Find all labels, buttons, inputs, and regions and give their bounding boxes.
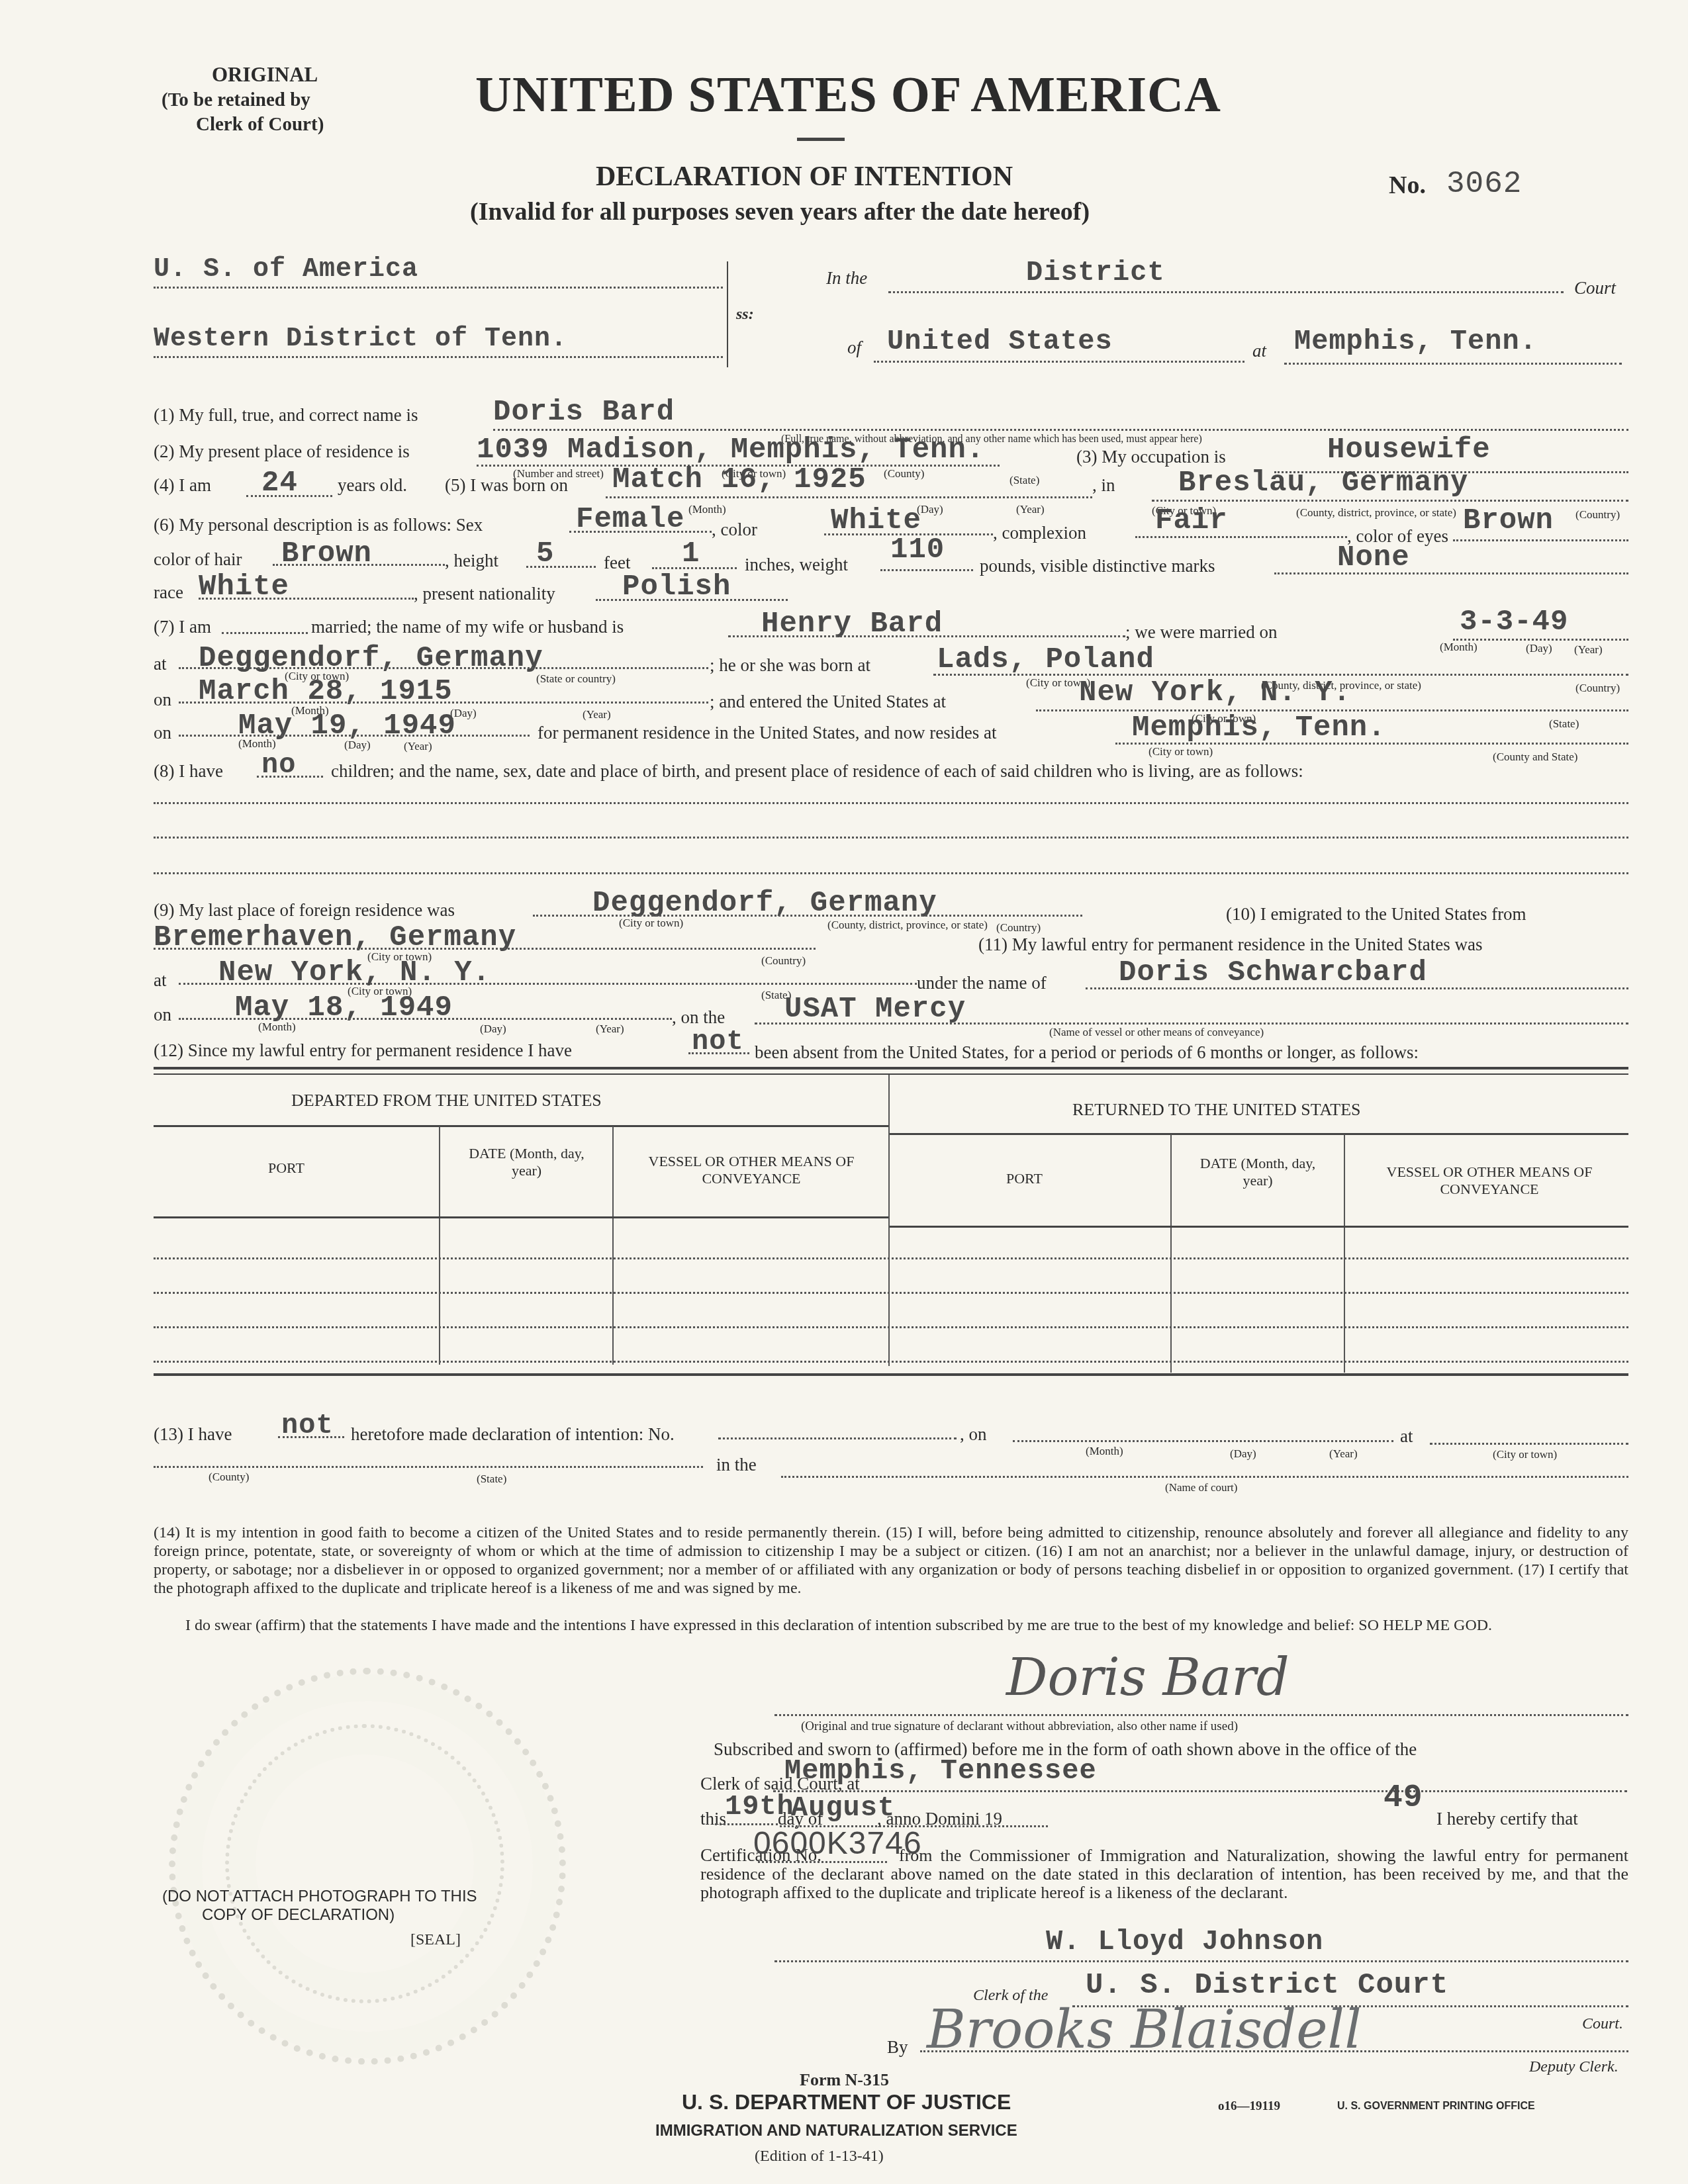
printer: U. S. GOVERNMENT PRINTING OFFICE	[1337, 2101, 1535, 2113]
table-row[interactable]	[154, 1292, 1628, 1294]
edition: (Edition of 1-13-41)	[755, 2148, 884, 2165]
inches-label: inches, weight	[745, 555, 848, 575]
occupation: Housewife	[1327, 433, 1491, 467]
declarant-caption: (Original and true signature of declaran…	[801, 1719, 1238, 1734]
emigrated-from-line	[154, 948, 816, 950]
nationality-line	[596, 599, 788, 601]
married-caption-year: (Year)	[1574, 643, 1603, 657]
birth-caption-country: (Country)	[1575, 508, 1620, 522]
form-number: Form N-315	[800, 2070, 889, 2090]
married-place: Deggendorf, Germany	[199, 642, 543, 675]
entry-at-label: at	[154, 970, 167, 991]
photo-note-2: COPY OF DECLARATION)	[202, 1906, 395, 1925]
of-label: of	[847, 338, 861, 358]
declaration-number: 3062	[1446, 167, 1522, 201]
weight-line	[880, 569, 973, 571]
complexion-line	[1135, 536, 1347, 538]
spouse-birth-on-label: on	[154, 690, 171, 710]
entry-on-label: on	[154, 1005, 171, 1025]
full-name: Doris Bard	[493, 396, 675, 429]
age-line	[246, 495, 332, 497]
complexion-label: , complexion	[993, 523, 1086, 543]
embossed-seal-inner	[225, 1724, 504, 2003]
prior-caption-county: (County)	[209, 1471, 249, 1484]
prior-caption-month: (Month)	[1086, 1445, 1123, 1458]
col-header-vessel-returned: VESSEL OR OTHER MEANS OF CONVEYANCE	[1357, 1163, 1622, 1198]
court-location-line	[1284, 363, 1622, 365]
absent-line	[688, 1052, 749, 1054]
weight: 110	[890, 533, 945, 567]
height-inches-line	[652, 567, 737, 569]
children-list-line-2	[154, 837, 1628, 839]
q4-suffix: years old.	[338, 475, 407, 496]
col-header-vessel-departed: VESSEL OR OTHER MEANS OF CONVEYANCE	[626, 1153, 877, 1187]
q12-text: been absent from the United States, for …	[755, 1042, 1419, 1063]
eyes-line	[1453, 539, 1628, 541]
spouse-residence-caption-state: (County and State)	[1493, 751, 1577, 764]
cert-text: from the Commissioner of Immigration and…	[700, 1846, 1628, 1902]
height-label: , height	[445, 551, 498, 571]
table-top-rule-2	[154, 1073, 1628, 1075]
venue-country-line	[154, 287, 723, 289]
cert-year: 49	[1383, 1780, 1423, 1816]
prior-caption-year: (Year)	[1329, 1447, 1358, 1461]
birth-caption-county: (County, district, province, or state)	[1296, 506, 1456, 520]
col-header-rule-departed	[154, 1216, 888, 1218]
service: IMMIGRATION AND NATURALIZATION SERVICE	[655, 2122, 1017, 2140]
under-name-label: under the name of	[917, 973, 1047, 993]
spouse-entry-date-caption-day: (Day)	[344, 739, 371, 752]
q12-label: (12) Since my lawful entry for permanent…	[154, 1040, 572, 1061]
q9-caption-county: (County, district, province, or state)	[827, 919, 988, 932]
table-row[interactable]	[154, 1326, 1628, 1328]
spouse-entry-date-caption-year: (Year)	[404, 740, 432, 753]
color-label: , color	[712, 520, 757, 540]
form-subtitle: DECLARATION OF INTENTION	[596, 161, 1013, 193]
certify-label: I hereby certify that	[1436, 1809, 1578, 1829]
prior-court-line	[781, 1476, 1628, 1478]
clerk-location: Memphis, Tennessee	[784, 1755, 1097, 1787]
col-divider-4	[1170, 1134, 1172, 1373]
q6-label: (6) My personal description is as follow…	[154, 515, 483, 535]
birth-place-line	[1152, 500, 1628, 502]
bracket	[722, 261, 728, 367]
spouse-entry-date-caption-month: (Month)	[238, 737, 276, 751]
prior-caption-state: (State)	[477, 1473, 506, 1486]
clerk-court: U. S. District Court	[1086, 1969, 1448, 2002]
col-header-port-departed: PORT	[268, 1160, 305, 1177]
married-on-label: ; we were married on	[1125, 622, 1277, 643]
residence-caption-state: (State)	[1009, 474, 1039, 487]
entry-name: Doris Schwarcbard	[1119, 956, 1427, 989]
clerk-name: W. Lloyd Johnson	[1046, 1926, 1323, 1958]
deputy-label: Deputy Clerk.	[1529, 2058, 1618, 2076]
table-bottom-rule	[154, 1373, 1628, 1376]
children-list-line-3	[154, 872, 1628, 874]
q10-label: (10) I emigrated to the United States fr…	[1226, 904, 1526, 925]
prior-on-label: , on	[960, 1424, 987, 1445]
birth-date-line	[606, 496, 1092, 498]
complexion: Fair	[1155, 504, 1228, 537]
entry-date-caption-month: (Month)	[258, 1021, 296, 1034]
children-line	[257, 776, 323, 778]
married-at-label: at	[154, 654, 167, 674]
spouse-entry-on-label: on	[154, 723, 171, 743]
married-caption-month: (Month)	[1440, 641, 1477, 654]
race-line	[199, 598, 414, 600]
returned-header-rule	[890, 1133, 1628, 1135]
oath-text: (14) It is my intention in good faith to…	[154, 1524, 1628, 1598]
spouse-name-line	[728, 635, 1125, 637]
vessel-caption: (Name of vessel or other means of convey…	[1049, 1026, 1264, 1039]
q13-label: (13) I have	[154, 1424, 232, 1445]
entered-label: ; and entered the United States at	[710, 692, 946, 712]
spouse-residence-caption-city: (City or town)	[1149, 745, 1213, 758]
spouse-born-label: ; he or she was born at	[710, 655, 870, 676]
q1-label: (1) My full, true, and correct name is	[154, 405, 418, 426]
vessel: USAT Mercy	[784, 993, 966, 1026]
table-center-divider	[888, 1075, 890, 1366]
prior-number-line	[718, 1437, 957, 1439]
q7-label: (7) I am	[154, 617, 211, 637]
married-place-caption-country: (State or country)	[536, 672, 616, 686]
court-of-line	[874, 361, 1244, 363]
height-inches: 1	[682, 537, 700, 570]
full-name-line	[493, 429, 1628, 431]
retained-note-2: Clerk of Court)	[196, 114, 324, 136]
in-the-label: In the	[826, 268, 867, 289]
height-feet-line	[526, 566, 596, 568]
birth-date: Match 16, 1925	[612, 463, 867, 496]
validity-note: (Invalid for all purposes seven years af…	[470, 197, 1090, 226]
married-caption-day: (Day)	[1526, 642, 1552, 655]
col-header-port-returned: PORT	[1006, 1170, 1043, 1187]
venue-country: U. S. of America	[154, 255, 418, 285]
prior-caption-city: (City or town)	[1493, 1448, 1557, 1461]
q9-caption-city: (City or town)	[619, 917, 683, 930]
spouse-birth-caption-year: (Year)	[583, 708, 611, 721]
spouse-birthplace: Lads, Poland	[937, 643, 1154, 676]
q7-mid: married; the name of my wife or husband …	[311, 617, 624, 637]
photo-note-1: (DO NOT ATTACH PHOTOGRAPH TO THIS	[162, 1888, 477, 1906]
departed-header: DEPARTED FROM THE UNITED STATES	[291, 1091, 602, 1111]
q3-label: (3) My occupation is	[1076, 447, 1226, 467]
entry-date-caption-day: (Day)	[480, 1023, 506, 1036]
color: White	[831, 504, 921, 537]
spouse-residence: Memphis, Tenn.	[1132, 711, 1386, 745]
deputy-signature-line	[920, 2050, 1628, 2052]
declarant-signature: Doris Bard	[1006, 1648, 1289, 1707]
spouse-entry-place: New York, N. Y.	[1079, 676, 1351, 709]
col-header-date-returned: DATE (Month, day, year)	[1185, 1155, 1331, 1189]
q9-caption-country: (Country)	[996, 921, 1041, 934]
q9-label: (9) My last place of foreign residence w…	[154, 900, 455, 921]
ss-label: ss:	[736, 306, 754, 324]
clerk-location-line	[773, 1790, 1627, 1792]
original-label: ORIGINAL	[212, 63, 318, 87]
residence: 1039 Madison, Memphis, Tenn.	[477, 433, 984, 467]
table-row[interactable]	[154, 1361, 1628, 1363]
entry-date-line	[179, 1018, 672, 1020]
married-status-line	[222, 632, 308, 634]
last-foreign-residence-line	[533, 915, 1082, 917]
entry-date-caption-year: (Year)	[596, 1023, 624, 1036]
prior-in-the-label: in the	[716, 1455, 757, 1475]
race-label: race	[154, 582, 183, 603]
q8-text: children; and the name, sex, date and pl…	[331, 761, 1303, 782]
prior-date-line	[1013, 1440, 1393, 1442]
residence-caption-county: (County)	[884, 467, 924, 480]
q8-label: (8) I have	[154, 761, 223, 782]
spouse-entry-date-line	[179, 735, 530, 737]
print-code: o16—19119	[1218, 2099, 1280, 2114]
prior-city-line	[1430, 1443, 1628, 1445]
table-top-rule	[154, 1067, 1628, 1069]
court-type: District	[1026, 257, 1165, 289]
seal-label: [SEAL]	[410, 1931, 461, 1949]
entry-place-line	[179, 983, 917, 985]
marks: None	[1337, 541, 1410, 574]
vessel-label: , on the	[672, 1007, 725, 1028]
children-list-line-1	[154, 802, 1628, 804]
col-header-rule-returned	[890, 1226, 1628, 1228]
title-divider	[797, 138, 845, 141]
number-label: No.	[1389, 171, 1426, 200]
prior-caption-court: (Name of court)	[1165, 1481, 1238, 1494]
departed-header-rule	[154, 1125, 888, 1127]
page-title: UNITED STATES OF AMERICA	[475, 66, 1221, 124]
hair-label: color of hair	[154, 549, 242, 570]
retained-note-1: (To be retained by	[162, 89, 310, 111]
q5-label: (5) I was born on	[445, 475, 568, 496]
venue-district-line	[154, 356, 723, 358]
spouse-entry-caption-state: (State)	[1549, 717, 1579, 731]
married-date: 3-3-49	[1460, 606, 1568, 639]
q4-label: (4) I am	[154, 475, 211, 496]
col-divider-1	[439, 1126, 440, 1365]
birth-in-label: , in	[1092, 475, 1115, 496]
venue-district: Western District of Tenn.	[154, 324, 567, 354]
court-type-line	[888, 291, 1564, 293]
q11-label: (11) My lawful entry for permanent resid…	[978, 934, 1483, 955]
col-divider-2	[612, 1126, 614, 1365]
this-label: this	[700, 1809, 726, 1829]
married-place-line	[179, 667, 708, 669]
by-label: By	[887, 2037, 908, 2058]
resides-label: for permanent residence in the United St…	[538, 723, 997, 743]
col-divider-5	[1344, 1134, 1345, 1373]
q13-text: heretofore made declaration of intention…	[351, 1424, 675, 1445]
returned-header: RETURNED TO THE UNITED STATES	[1072, 1100, 1361, 1120]
clerk-name-line	[774, 1960, 1628, 1962]
spouse-birthplace-line	[933, 674, 1628, 676]
declarant-signature-line	[774, 1714, 1628, 1716]
prior-at-label: at	[1400, 1426, 1413, 1447]
eyes: Brown	[1463, 504, 1554, 537]
at-label: at	[1252, 341, 1266, 361]
marks-label: pounds, visible distinctive marks	[980, 556, 1215, 576]
court-label: Court	[1574, 278, 1616, 298]
spouse-residence-line	[1115, 743, 1628, 745]
court-suffix-label: Court.	[1582, 2015, 1623, 2033]
q10-caption-country: (Country)	[761, 954, 806, 968]
swear-text: I do swear (affirm) that the statements …	[154, 1616, 1628, 1635]
birth-caption-month: (Month)	[688, 503, 726, 516]
married-date-line	[1453, 639, 1628, 641]
spouse-birth-date-line	[179, 702, 708, 704]
vessel-line	[755, 1023, 1628, 1024]
entry-name-line	[1086, 987, 1628, 989]
spouse-birthplace-caption-country: (Country)	[1575, 682, 1620, 695]
sex-line	[569, 531, 712, 533]
marks-line	[1274, 572, 1628, 574]
table-row[interactable]	[154, 1257, 1628, 1259]
col-header-date-departed: DATE (Month, day, year)	[455, 1145, 598, 1179]
prior-caption-day: (Day)	[1230, 1447, 1256, 1461]
prior-county-line	[154, 1466, 703, 1468]
department: U. S. DEPARTMENT OF JUSTICE	[682, 2090, 1011, 2115]
birth-place: Breslau, Germany	[1178, 467, 1468, 500]
prior-made-line	[278, 1436, 344, 1438]
nationality-label: , present nationality	[414, 584, 555, 604]
birth-caption-year: (Year)	[1016, 503, 1045, 516]
q2-label: (2) My present place of residence is	[154, 441, 410, 462]
court-of: United States	[887, 326, 1113, 357]
court-location: Memphis, Tenn.	[1294, 326, 1537, 357]
hair-line	[273, 564, 445, 566]
